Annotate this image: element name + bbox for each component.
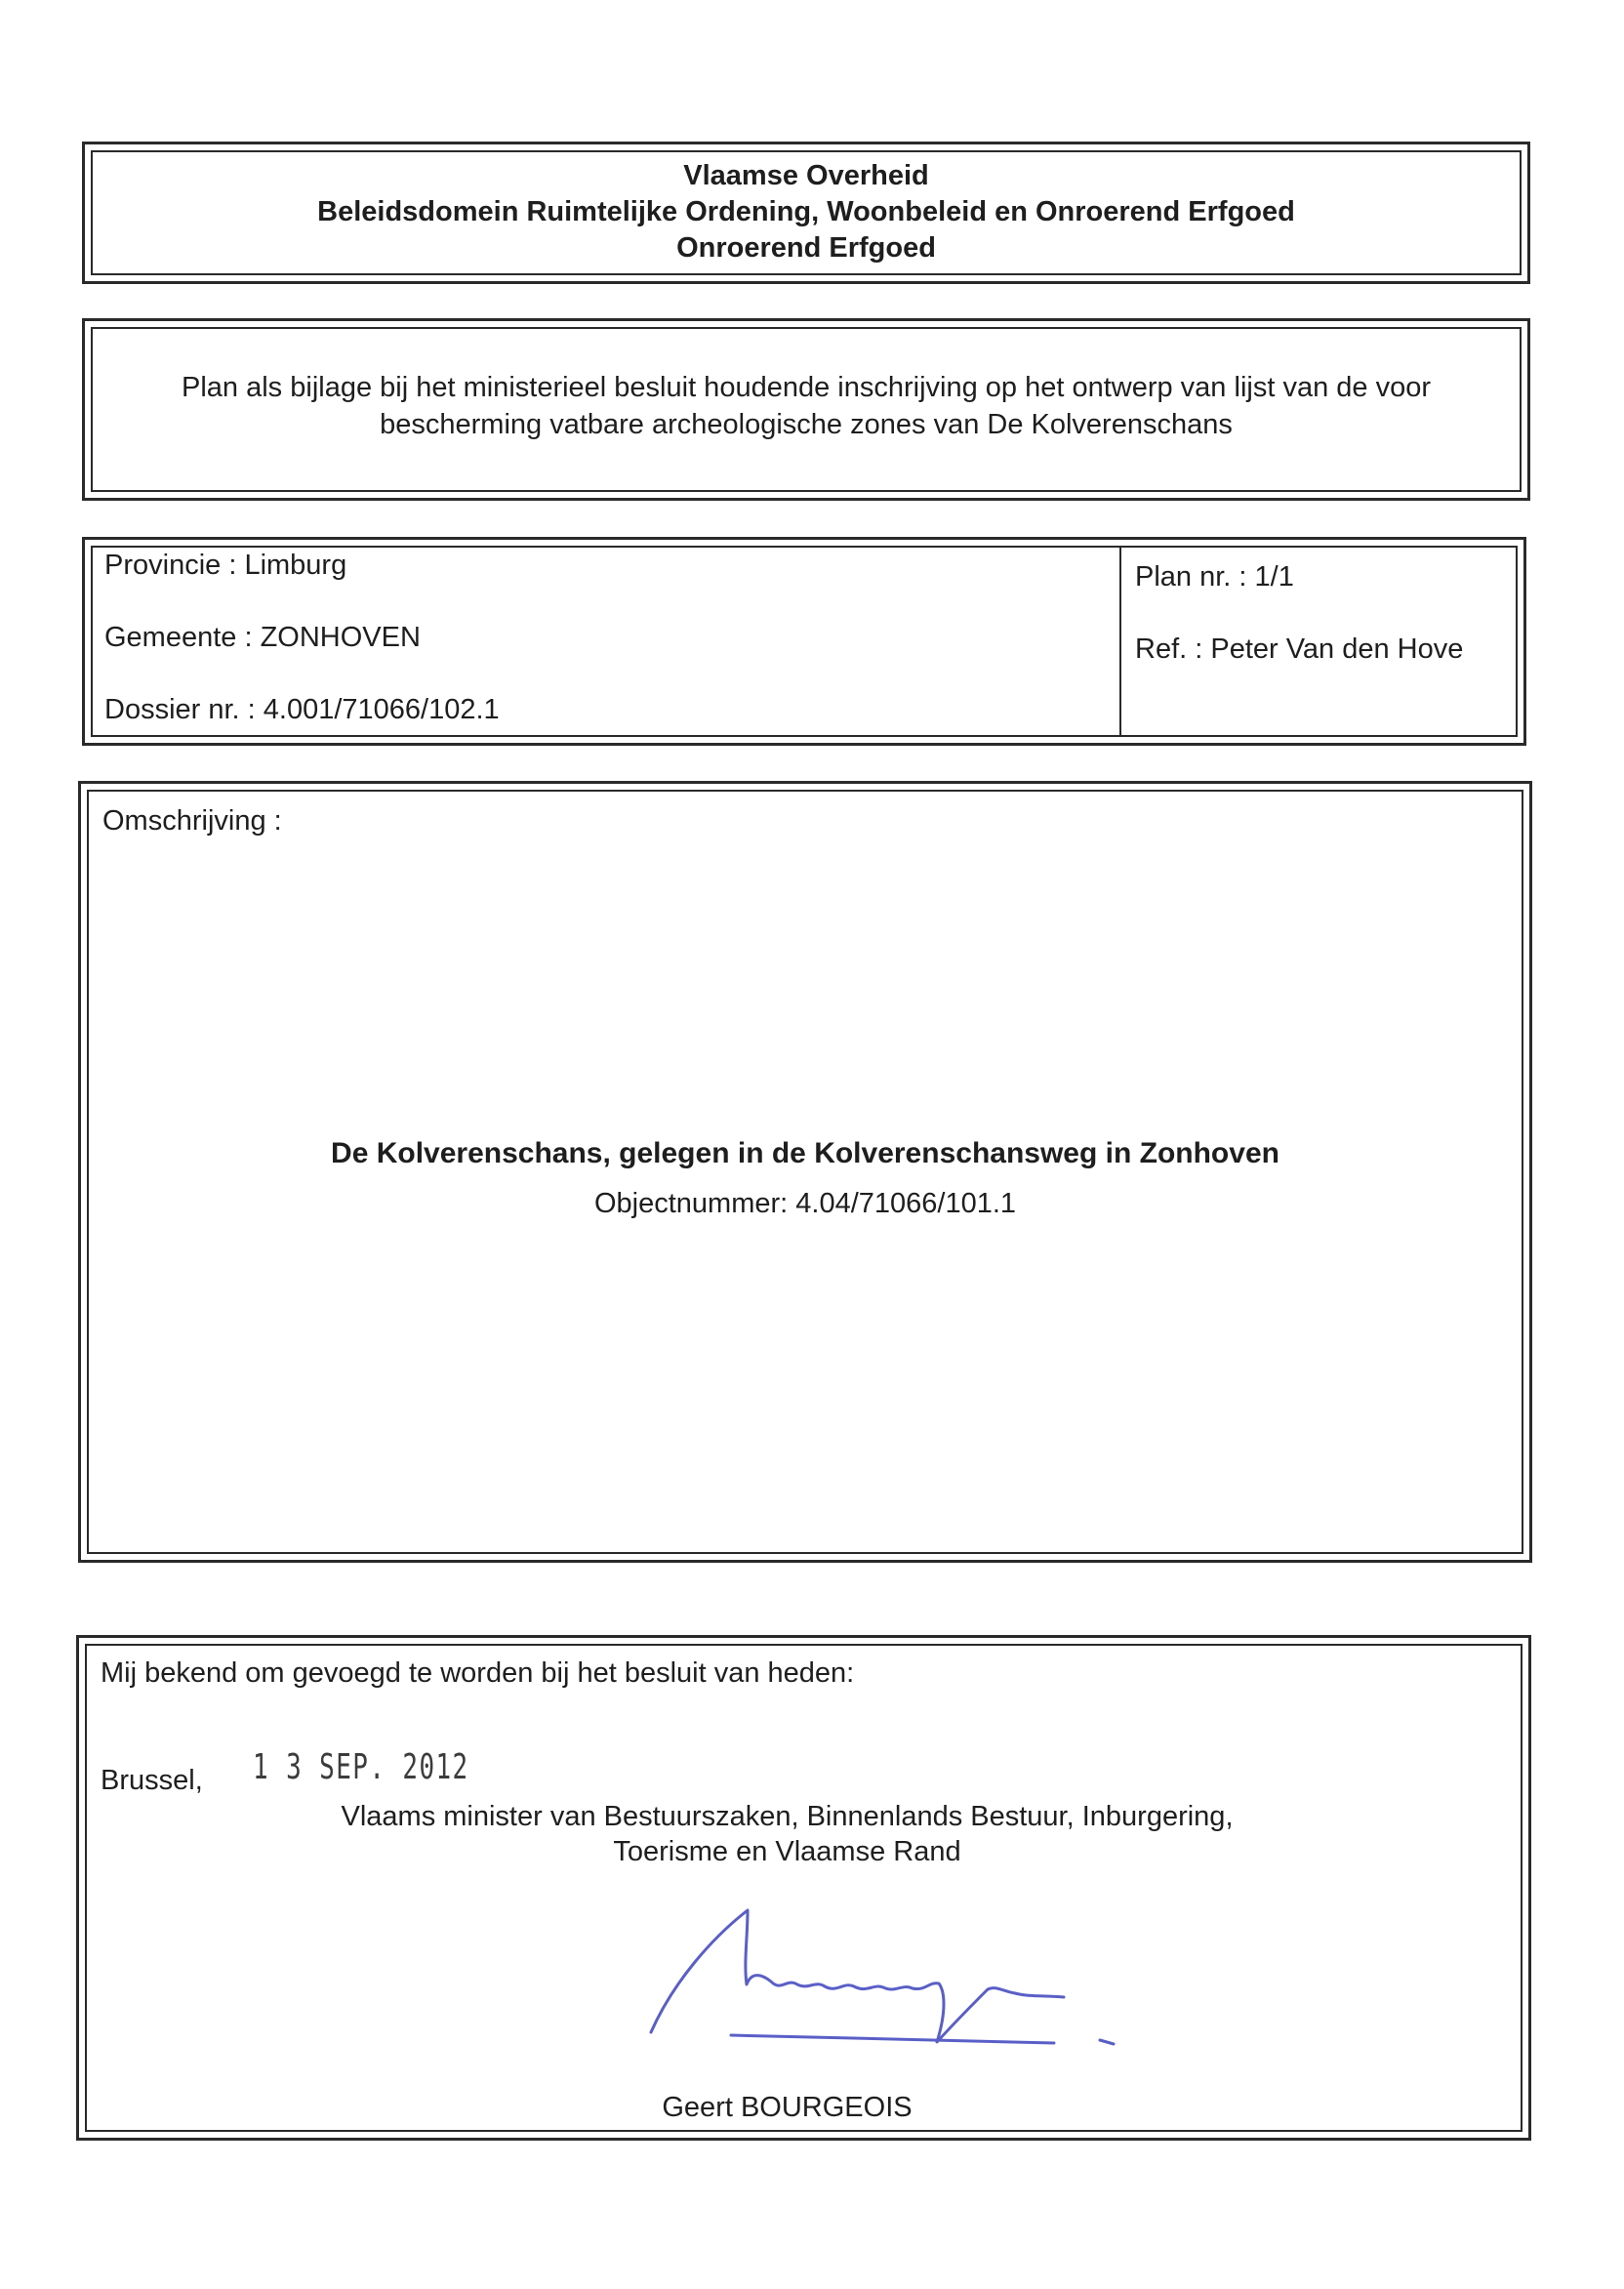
signature-strokes (651, 1910, 1114, 2044)
handwritten-signature-icon (0, 0, 1624, 2289)
